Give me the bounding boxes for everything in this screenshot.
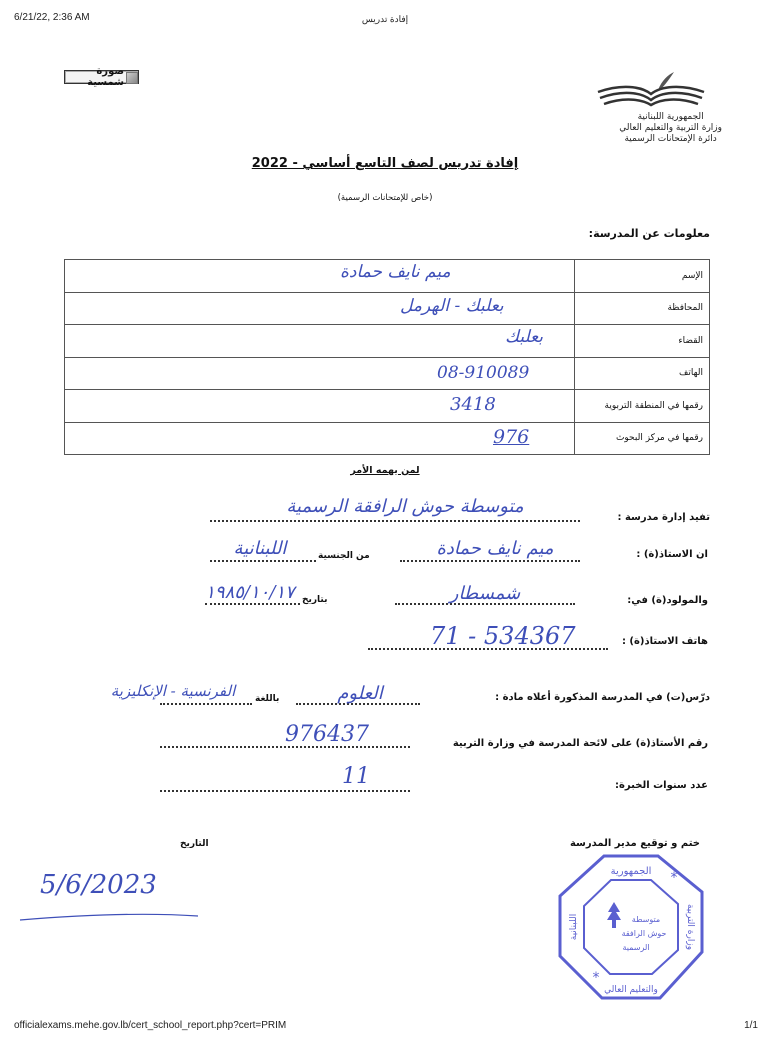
nationality-line — [210, 560, 316, 562]
school-admin-label: تفيد إدارة مدرسة : — [617, 512, 710, 523]
phone-label: الهاتف — [575, 357, 710, 390]
school-admin-value: متوسطة حوش الرافقة الرسمية — [230, 496, 580, 517]
table-row: بعلبك القضاء — [65, 325, 710, 358]
svg-text:حوش الرافقة: حوش الرافقة — [622, 929, 667, 938]
svg-text:اللبنانية: اللبنانية — [569, 914, 579, 940]
district-value-cell: بعلبك — [65, 325, 575, 358]
research-center-number-value-cell: 976 — [65, 422, 575, 455]
region-number-value-cell: 3418 — [65, 390, 575, 423]
governorate-value-cell: بعلبك - الهرمل — [65, 292, 575, 325]
school-name-value: ميم نايف حمادة — [340, 262, 451, 282]
district-value: بعلبك — [505, 327, 543, 347]
principal-signature-label: ختم و توقيع مدير المدرسة — [570, 838, 700, 849]
region-number-value: 3418 — [450, 394, 496, 415]
taught-subject-label: درّس(ت) في المدرسة المذكورة أعلاه مادة : — [495, 692, 710, 703]
photo-placeholder-label: صورة شمسية — [65, 66, 124, 88]
ministry-header: الجمهورية اللبنانية وزارة التربية والتعل… — [619, 112, 722, 145]
ministry-name: وزارة التربية والتعليم العالي — [619, 123, 722, 134]
table-row: ميم نايف حمادة الإسم — [65, 260, 710, 293]
language-value: الفرنسية - الإنكليزية — [88, 682, 258, 700]
to-whom-it-may-concern-heading: لمن يهمه الأمر — [0, 465, 770, 476]
nationality-label: من الجنسية — [318, 551, 370, 561]
birth-date-value: ١٩٨٥/١٠/١٧ — [200, 582, 300, 603]
phone-value: 08-910089 — [437, 363, 529, 383]
experience-label: عدد سنوات الخبرة: — [615, 780, 708, 791]
phone-value-cell: 08-910089 — [65, 357, 575, 390]
birthplace-value: شمسطار — [420, 583, 550, 604]
school-info-table: ميم نايف حمادة الإسم بعلبك - الهرمل المح… — [64, 259, 710, 455]
date-label: التاريخ — [180, 839, 209, 849]
language-line — [160, 703, 252, 705]
date-value: 5/6/2023 — [40, 870, 157, 900]
school-name-value-cell: ميم نايف حمادة — [65, 260, 575, 293]
governorate-label: المحافظة — [575, 292, 710, 325]
table-row: 976 رقمها في مركز البحوث — [65, 422, 710, 455]
research-center-number-label: رقمها في مركز البحوث — [575, 422, 710, 455]
svg-text:*: * — [593, 970, 600, 986]
teacher-phone-value: 71 - 534367 — [430, 622, 576, 650]
table-row: 3418 رقمها في المنطقة التربوية — [65, 390, 710, 423]
teacher-phone-label: هاتف الاستاذ(ة) : — [622, 636, 708, 647]
image-icon — [126, 72, 138, 84]
department-name: دائرة الإمتحانات الرسمية — [619, 134, 722, 145]
nationality-value: اللبنانية — [205, 538, 315, 559]
school-admin-line — [210, 520, 580, 522]
birth-date-line — [205, 603, 300, 605]
school-stamp-icon: الجمهورية والتعليم العالي اللبنانية وزار… — [556, 852, 706, 1002]
svg-text:الجمهورية: الجمهورية — [611, 866, 652, 877]
subject-value: العلوم — [300, 683, 420, 704]
region-number-label: رقمها في المنطقة التربوية — [575, 390, 710, 423]
svg-text:والتعليم العالي: والتعليم العالي — [604, 985, 658, 995]
print-footer-page-number: 1/1 — [744, 1020, 758, 1031]
svg-text:*: * — [671, 870, 678, 886]
birthplace-label: والمولود(ة) في: — [627, 595, 708, 606]
teacher-line — [400, 560, 580, 562]
table-row: 08-910089 الهاتف — [65, 357, 710, 390]
school-name-label: الإسم — [575, 260, 710, 293]
birth-date-label: بتاريخ — [302, 595, 327, 605]
table-row: بعلبك - الهرمل المحافظة — [65, 292, 710, 325]
date-underline-stroke — [18, 908, 200, 924]
language-label: باللغة — [255, 694, 279, 704]
svg-text:وزارة التربية: وزارة التربية — [685, 904, 695, 950]
teacher-number-value: 976437 — [285, 722, 369, 747]
teacher-value: ميم نايف حمادة — [410, 538, 580, 559]
school-info-heading: معلومات عن المدرسة: — [589, 227, 710, 240]
experience-line — [160, 790, 410, 792]
teacher-number-label: رقم الأستاذ(ة) على لائحة المدرسة في وزار… — [453, 738, 708, 749]
svg-text:متوسطة: متوسطة — [632, 915, 660, 924]
governorate-value: بعلبك - الهرمل — [400, 296, 504, 316]
document-subtitle: (خاص للإمتحانات الرسمية) — [0, 193, 770, 203]
document-title: إفادة تدريس لصف التاسع أساسي - 2022 — [0, 156, 770, 171]
open-book-icon — [596, 70, 706, 108]
svg-text:الرسمية: الرسمية — [622, 943, 649, 952]
research-center-number-value: 976 — [493, 426, 529, 448]
republic-name: الجمهورية اللبنانية — [619, 112, 722, 123]
teacher-label: ان الاستاذ(ة) : — [636, 549, 708, 560]
district-label: القضاء — [575, 325, 710, 358]
print-footer-url: officialexams.mehe.gov.lb/cert_school_re… — [14, 1020, 286, 1031]
print-page-title: إفادة تدريس — [0, 14, 770, 25]
experience-value: 11 — [342, 764, 370, 789]
